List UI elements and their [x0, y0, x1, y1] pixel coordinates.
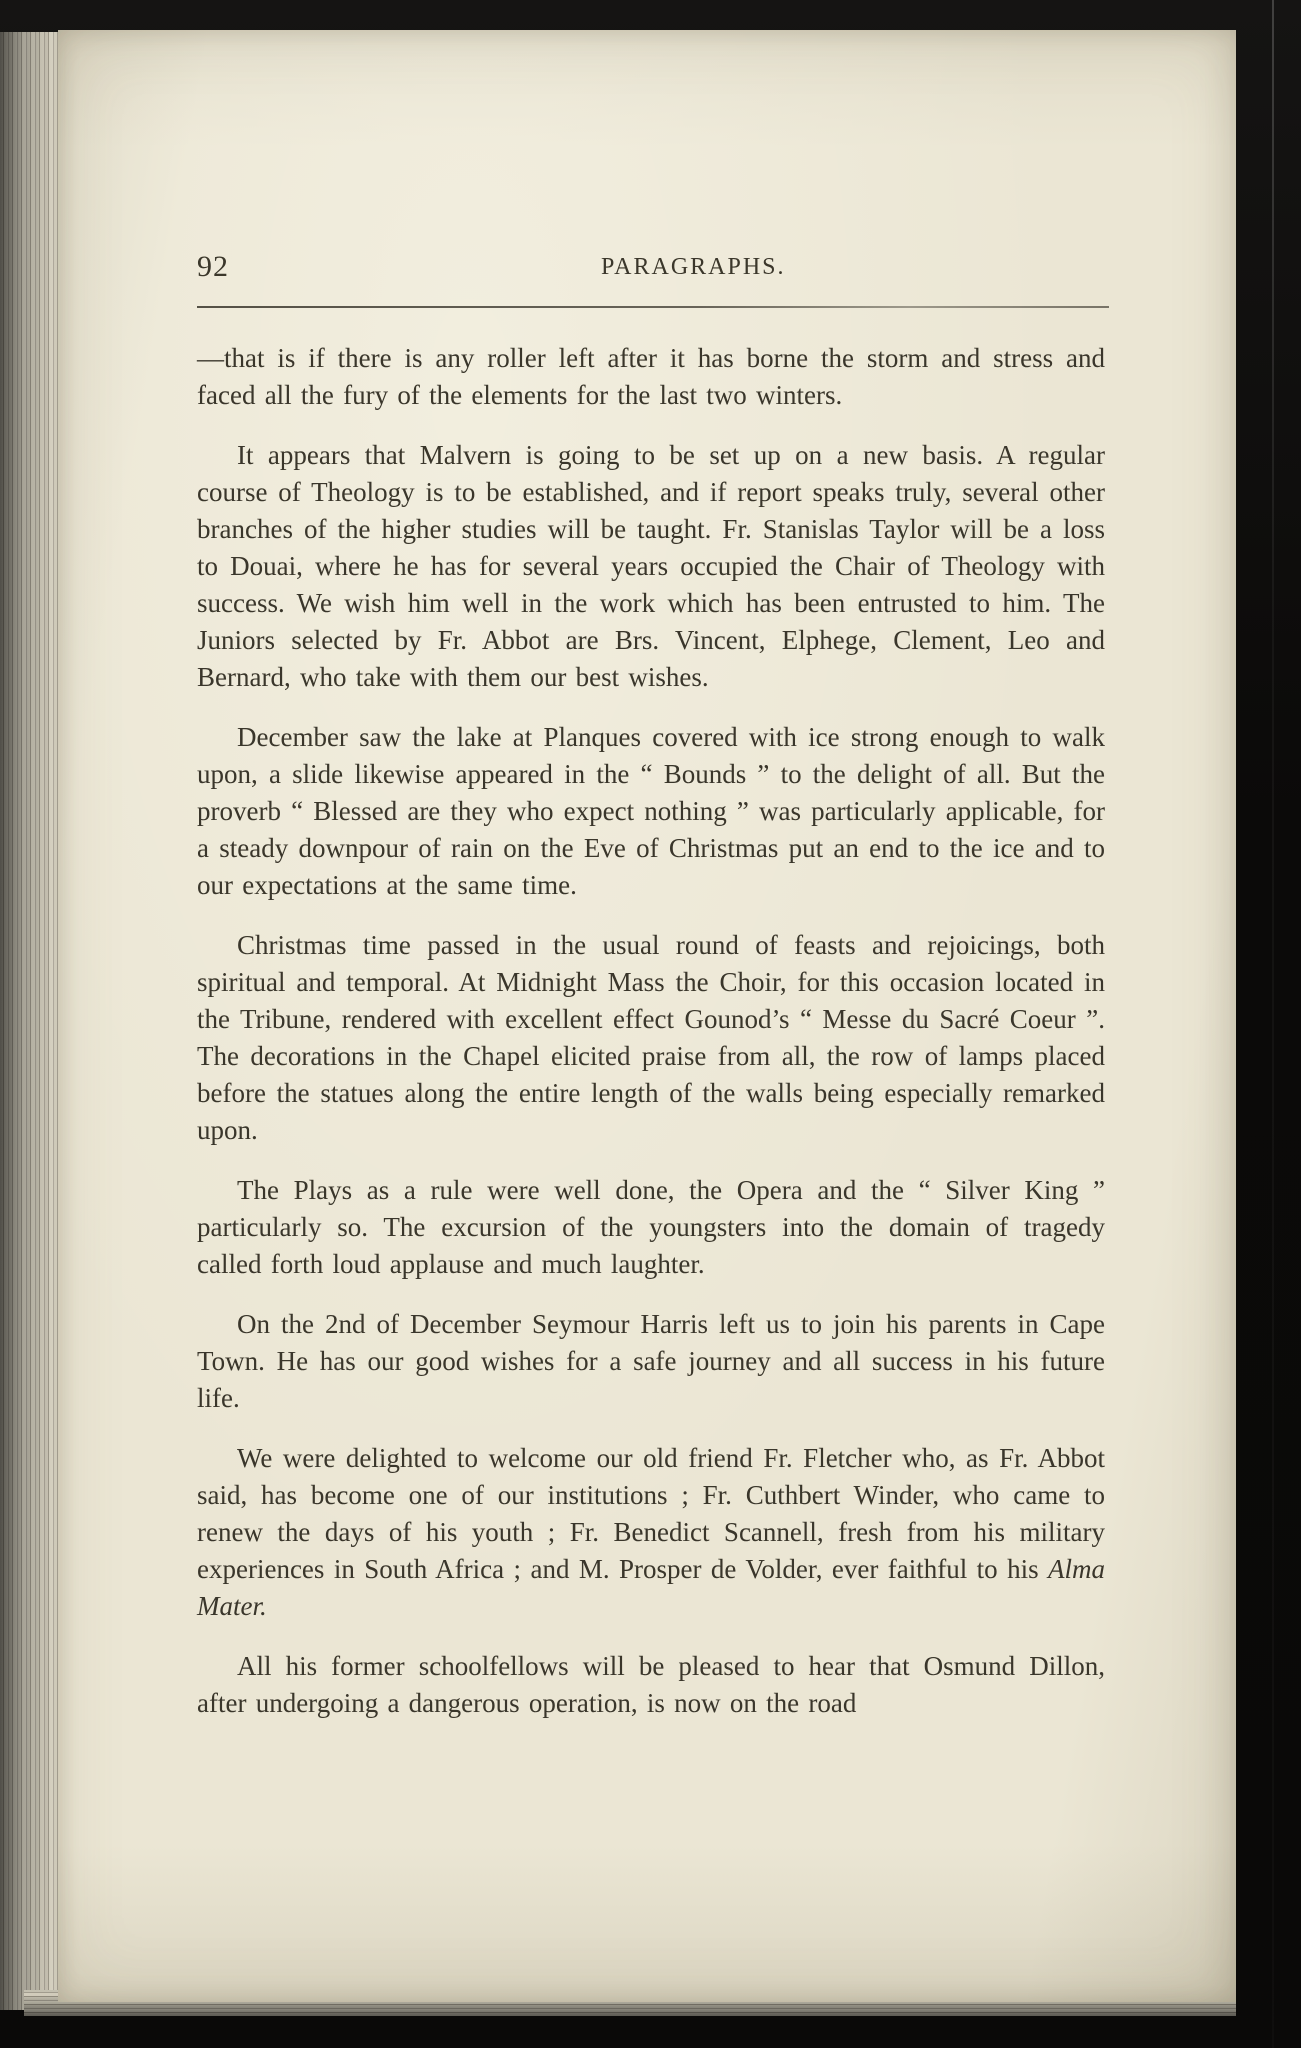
paragraph-seymour-harris: On the 2nd of December Seymour Harris le… — [197, 1306, 1105, 1417]
page-edge-left — [0, 32, 58, 2010]
page-text: —that is if there is any roller left aft… — [197, 340, 1105, 1745]
book-scan: 92 PARAGRAPHS. —that is if there is any … — [0, 0, 1301, 2048]
page-number: 92 — [197, 250, 229, 284]
paragraph-malvern: It appears that Malvern is going to be s… — [197, 437, 1105, 696]
paragraph-text: We were delighted to welcome our old fri… — [197, 1443, 1105, 1584]
page-header: 92 PARAGRAPHS. — [197, 248, 1109, 292]
paragraph-text: December saw the lake at Planques covere… — [197, 722, 1105, 900]
paragraph-text: —that is if there is any roller left aft… — [197, 343, 1105, 410]
paragraph-lake-ice: December saw the lake at Planques covere… — [197, 719, 1105, 904]
paragraph-continuation: —that is if there is any roller left aft… — [197, 340, 1105, 414]
book-page: 92 PARAGRAPHS. —that is if there is any … — [58, 30, 1236, 2002]
paragraph-text: It appears that Malvern is going to be s… — [197, 440, 1105, 692]
header-rule — [197, 306, 1109, 308]
paragraph-text: The Plays as a rule were well done, the … — [197, 1175, 1105, 1279]
paragraph-text: Christmas time passed in the usual round… — [197, 930, 1105, 1145]
paragraph-text: On the 2nd of December Seymour Harris le… — [197, 1309, 1105, 1413]
book-cover-edge — [1272, 0, 1274, 2048]
paragraph-plays: The Plays as a rule were well done, the … — [197, 1172, 1105, 1283]
paragraph-visitors: We were delighted to welcome our old fri… — [197, 1440, 1105, 1625]
running-title: PARAGRAPHS. — [601, 254, 786, 281]
paragraph-osmund-dillon: All his former schoolfellows will be ple… — [197, 1648, 1105, 1722]
paragraph-text: All his former schoolfellows will be ple… — [197, 1651, 1105, 1718]
paragraph-christmas: Christmas time passed in the usual round… — [197, 927, 1105, 1149]
